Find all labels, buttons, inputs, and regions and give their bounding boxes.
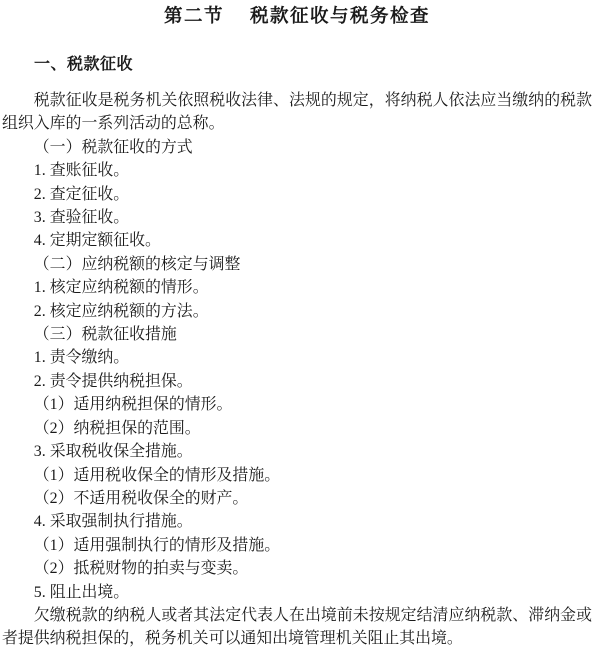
outline-item: （2）纳税担保的范围。 <box>2 417 592 440</box>
outline-item: 5. 阻止出境。 <box>2 581 592 604</box>
outline-item: （1）适用纳税担保的情形。 <box>2 393 592 416</box>
outline-item: （一）税款征收的方式 <box>2 136 592 159</box>
outline-item: （三）税款征收措施 <box>2 323 592 346</box>
outline-item: （2）抵税财物的拍卖与变卖。 <box>2 557 592 580</box>
closing-paragraph: 欠缴税款的纳税人或者其法定代表人在出境前未按规定结清应纳税款、滞纳金或者提供纳税… <box>2 604 592 647</box>
document-page: 第二节税款征收与税务检查 一、税款征收 税款征收是税务机关依照税收法律、法规的规… <box>0 0 594 647</box>
outline-item: （1）适用税收保全的情形及措施。 <box>2 464 592 487</box>
outline-item: （2）不适用税收保全的财产。 <box>2 487 592 510</box>
outline-item: 4. 采取强制执行措施。 <box>2 510 592 533</box>
section-heading: 第二节税款征收与税务检查 <box>2 0 592 28</box>
outline-item: 1. 责令缴纳。 <box>2 346 592 369</box>
outline-item: 2. 核定应纳税额的方法。 <box>2 300 592 323</box>
outline-list: （一）税款征收的方式1. 查账征收。2. 查定征收。3. 查验征收。4. 定期定… <box>2 136 592 604</box>
outline-item: 1. 查账征收。 <box>2 159 592 182</box>
outline-item: 2. 责令提供纳税担保。 <box>2 370 592 393</box>
subsection-heading: 一、税款征收 <box>2 56 592 73</box>
section-number: 第二节 <box>164 7 224 27</box>
outline-item: （1）适用强制执行的情形及措施。 <box>2 534 592 557</box>
outline-item: 1. 核定应纳税额的情形。 <box>2 276 592 299</box>
outline-item: （二）应纳税额的核定与调整 <box>2 253 592 276</box>
section-title: 税款征收与税务检查 <box>250 7 430 27</box>
intro-paragraph: 税款征收是税务机关依照税收法律、法规的规定，将纳税人依法应当缴纳的税款组织入库的… <box>2 89 592 136</box>
outline-item: 2. 查定征收。 <box>2 183 592 206</box>
outline-item: 3. 采取税收保全措施。 <box>2 440 592 463</box>
outline-item: 3. 查验征收。 <box>2 206 592 229</box>
outline-item: 4. 定期定额征收。 <box>2 229 592 252</box>
